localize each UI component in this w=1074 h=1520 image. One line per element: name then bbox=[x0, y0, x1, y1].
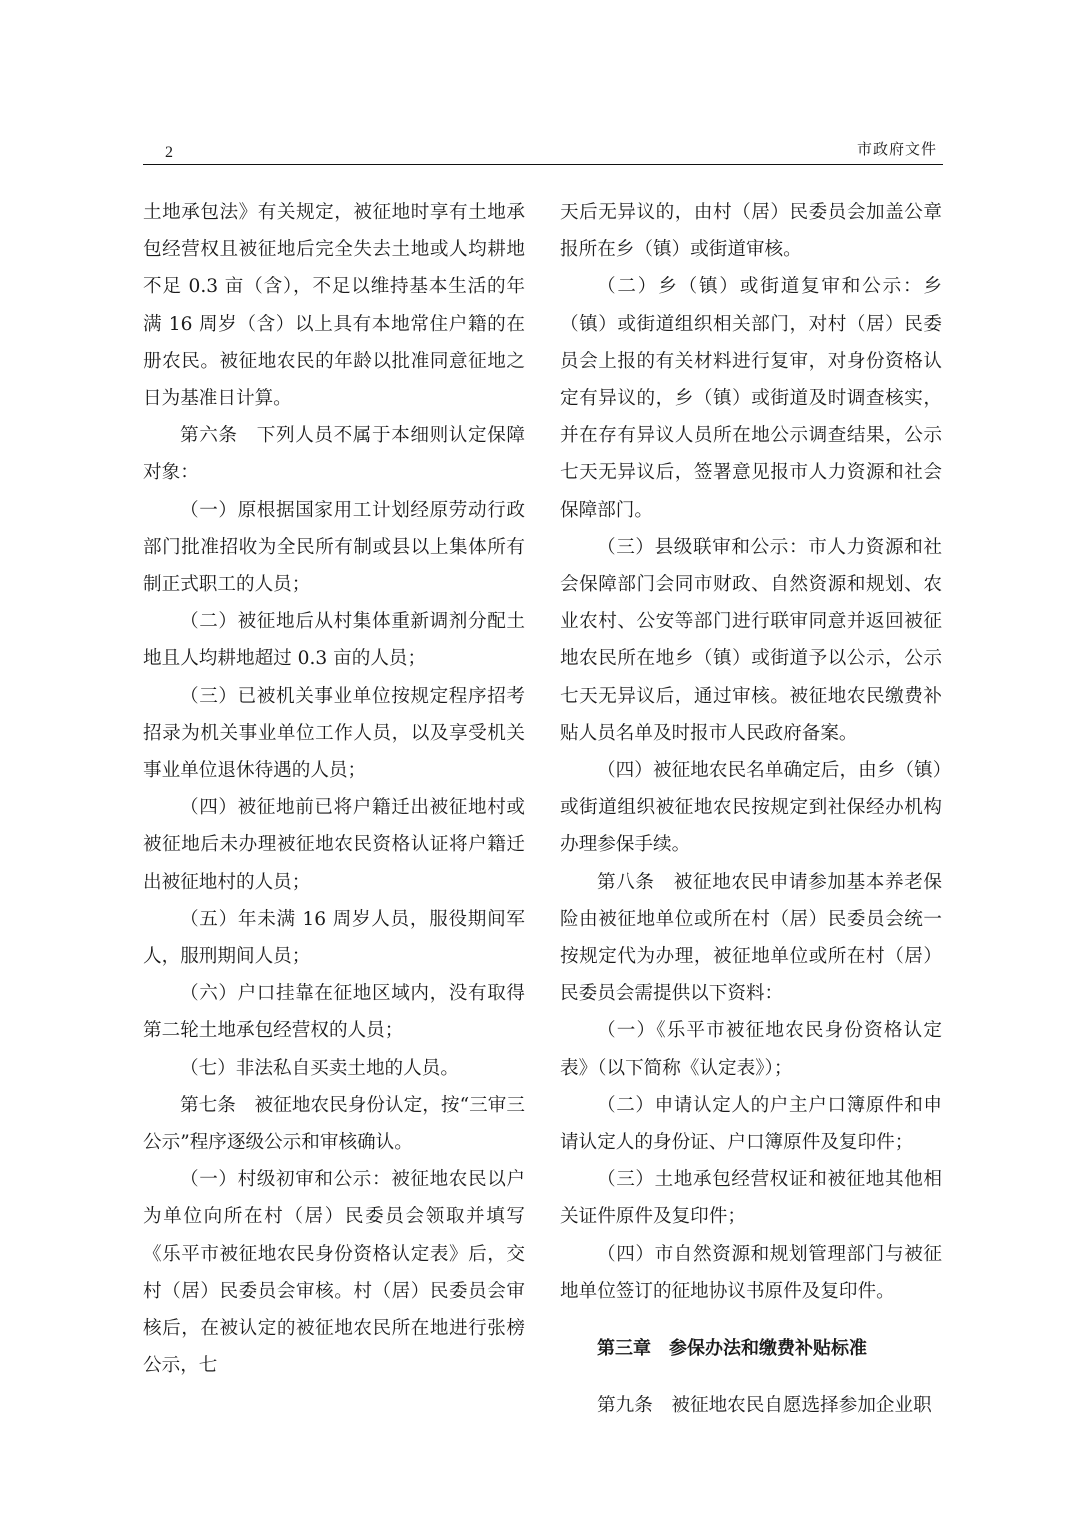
paragraph: （七）非法私自买卖土地的人员。 bbox=[143, 1050, 525, 1087]
document-label: 市政府文件 bbox=[857, 138, 937, 159]
paragraph: （四）被征地前已将户籍迁出被征地村或被征地后未办理被征地农民资格认证将户籍迁出被… bbox=[143, 789, 525, 901]
paragraph: （二）被征地后从村集体重新调剂分配土地且人均耕地超过 0.3 亩的人员； bbox=[143, 603, 525, 677]
paragraph: （五）年未满 16 周岁人员，服役期间军人，服刑期间人员； bbox=[143, 901, 525, 975]
left-column: 土地承包法》有关规定，被征地时享有土地承包经营权且被征地后完全失去土地或人均耕地… bbox=[143, 194, 525, 1385]
paragraph: （一）《乐平市被征地农民身份资格认定表》（以下简称《认定表》）； bbox=[560, 1012, 942, 1086]
paragraph: 天后无异议的，由村（居）民委员会加盖公章报所在乡（镇）或街道审核。 bbox=[560, 194, 942, 268]
paragraph: （三）县级联审和公示：市人力资源和社会保障部门会同市财政、自然资源和规划、农业农… bbox=[560, 529, 942, 752]
paragraph: （四）被征地农民名单确定后，由乡（镇）或街道组织被征地农民按规定到社保经办机构办… bbox=[560, 752, 942, 864]
chapter-heading: 第三章 参保办法和缴费补贴标准 bbox=[560, 1330, 942, 1367]
paragraph: （一）村级初审和公示：被征地农民以户为单位向所在村（居）民委员会领取并填写《乐平… bbox=[143, 1161, 525, 1384]
paragraph: （一）原根据国家用工计划经原劳动行政部门批准招收为全民所有制或县以上集体所有制正… bbox=[143, 492, 525, 604]
article-9: 第九条 被征地农民自愿选择参加企业职 bbox=[560, 1387, 942, 1424]
right-column: 天后无异议的，由村（居）民委员会加盖公章报所在乡（镇）或街道审核。 （二）乡（镇… bbox=[560, 194, 942, 1425]
page-header: 2 市政府文件 bbox=[143, 136, 943, 164]
paragraph: （二）乡（镇）或街道复审和公示：乡（镇）或街道组织相关部门，对村（居）民委员会上… bbox=[560, 268, 942, 528]
paragraph: （二）申请认定人的户主户口簿原件和申请认定人的身份证、户口簿原件及复印件； bbox=[560, 1087, 942, 1161]
article-7: 第七条 被征地农民身份认定，按“三审三公示”程序逐级公示和审核确认。 bbox=[143, 1087, 525, 1161]
article-6: 第六条 下列人员不属于本细则认定保障对象： bbox=[143, 417, 525, 491]
page-number: 2 bbox=[165, 144, 173, 162]
header-rule bbox=[143, 164, 943, 165]
paragraph: 土地承包法》有关规定，被征地时享有土地承包经营权且被征地后完全失去土地或人均耕地… bbox=[143, 194, 525, 417]
article-8: 第八条 被征地农民申请参加基本养老保险由被征地单位或所在村（居）民委员会统一按规… bbox=[560, 864, 942, 1013]
paragraph: （六）户口挂靠在征地区域内，没有取得第二轮土地承包经营权的人员； bbox=[143, 975, 525, 1049]
paragraph: （三）已被机关事业单位按规定程序招考招录为机关事业单位工作人员，以及享受机关事业… bbox=[143, 678, 525, 790]
paragraph: （四）市自然资源和规划管理部门与被征地单位签订的征地协议书原件及复印件。 bbox=[560, 1236, 942, 1310]
paragraph: （三）土地承包经营权证和被征地其他相关证件原件及复印件； bbox=[560, 1161, 942, 1235]
